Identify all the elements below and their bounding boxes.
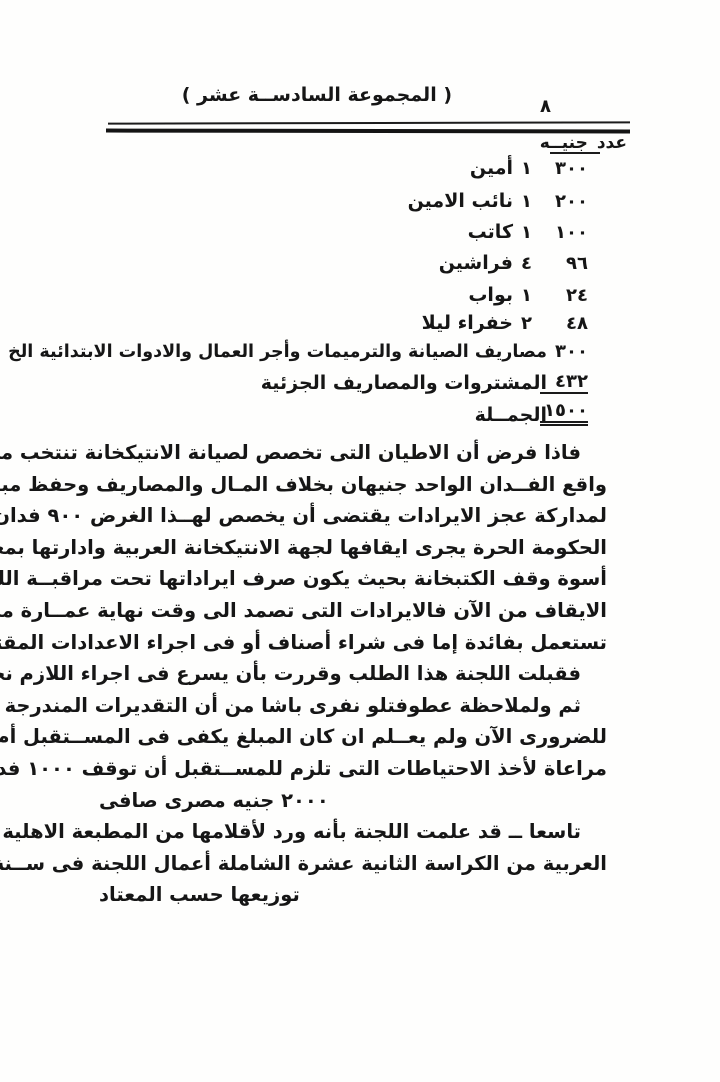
table-row: ٤٣٢ المشتروات والمصاريف الجزئية	[130, 368, 588, 394]
scanned-document-page: ( المجموعة السادســة عشر ) ٨ عددجنيــه ٣…	[0, 0, 720, 1082]
amount-cell: ٢٠٠	[540, 191, 588, 212]
table-row: ٢٠٠ ١ نائب الامين	[130, 186, 588, 212]
table-row: ٣٠٠ مصاريف الصيانة والترميمات وأجر العما…	[130, 336, 588, 362]
header-divider-thin	[108, 121, 630, 124]
table-row: ٤٨ ٢ خفراء ليلا	[130, 308, 588, 334]
text-line: فاذا فرض أن الاطيان التى تخصص لصيانة الا…	[99, 437, 607, 469]
count-cell: ١	[513, 191, 540, 212]
amount-cell: ٩٦	[540, 253, 588, 274]
total-amount-cell: ١٥٠٠	[540, 400, 588, 426]
text-line: الايقاف من الآن فالايرادات التى تصمد الى…	[99, 595, 607, 627]
count-cell: ١	[513, 158, 540, 179]
amount-cell: ٣٠٠	[540, 158, 588, 179]
count-cell: ١	[513, 222, 540, 243]
text-line: واقع الفــدان الواحد جنيهان بخلاف المـال…	[99, 469, 607, 501]
table-row: ١٠٠ ١ كاتب	[130, 217, 588, 243]
text-line: العربية من الكراسة الثانية عشرة الشاملة …	[99, 848, 607, 880]
table-row: ٢٤ ١ بواب	[130, 280, 588, 306]
text-line: توزيعها حسب المعتاد	[99, 879, 607, 911]
label-cell: كاتب	[130, 221, 513, 243]
text-line: ٢٠٠٠ جنيه مصرى صافى	[99, 785, 607, 817]
label-cell: نائب الامين	[130, 190, 513, 212]
amount-cell: ١٠٠	[540, 222, 588, 243]
count-cell: ١	[513, 285, 540, 306]
total-label-cell: الجمــلة	[130, 404, 547, 426]
amount-cell: ٤٨	[540, 313, 588, 334]
text-line: تستعمل بفائدة إما فى شراء أصناف أو فى اج…	[99, 627, 607, 659]
count-cell: ٤	[513, 253, 540, 274]
text-line: أسوة وقف الكتبخانة بحيث يكون صرف ايرادات…	[99, 563, 607, 595]
label-cell: بواب	[130, 284, 513, 306]
text-line: للضرورى الآن ولم يعــلم ان كان المبلغ يك…	[99, 721, 607, 753]
amount-cell: ٣٠٠	[540, 341, 588, 362]
budget-table: ٣٠٠ ١ أمين ٢٠٠ ١ نائب الامين ١٠٠ ١ كاتب …	[130, 150, 588, 440]
text-line: الحكومة الحرة يجرى ايقافها لجهة الانتيكخ…	[99, 532, 607, 564]
label-cell: مصاريف الصيانة والترميمات وأجر العمال وا…	[130, 342, 547, 362]
count-column-header: عدد	[597, 133, 627, 153]
text-line: تاسعا ــ قد علمت اللجنة بأنه ورد لأقلامه…	[99, 816, 607, 848]
label-cell: أمين	[130, 157, 513, 179]
table-row: ٩٦ ٤ فراشين	[130, 248, 588, 274]
count-cell: ٢	[513, 313, 540, 334]
body-text: فاذا فرض أن الاطيان التى تخصص لصيانة الا…	[99, 437, 607, 911]
table-row: ٣٠٠ ١ أمين	[130, 153, 588, 179]
amount-cell: ٤٣٢	[540, 371, 588, 394]
label-cell: خفراء ليلا	[130, 312, 513, 334]
label-cell: المشتروات والمصاريف الجزئية	[130, 372, 547, 394]
amount-cell: ٢٤	[540, 285, 588, 306]
page-number: ٨	[540, 96, 551, 117]
page-title: ( المجموعة السادســة عشر )	[252, 84, 452, 106]
text-line: لمداركة عجز الايرادات يقتضى أن يخصص لهــ…	[99, 500, 607, 532]
text-line: مراعاة لأخذ الاحتياطات التى تلزم للمســت…	[99, 753, 607, 785]
table-total-row: ١٥٠٠ الجمــلة	[130, 400, 588, 426]
text-line: ثم ولملاحظة عطوفتلو نفرى باشا من أن التق…	[99, 690, 607, 722]
label-cell: فراشين	[130, 252, 513, 274]
text-line: فقبلت اللجنة هذا الطلب وقررت بأن يسرع فى…	[99, 658, 607, 690]
